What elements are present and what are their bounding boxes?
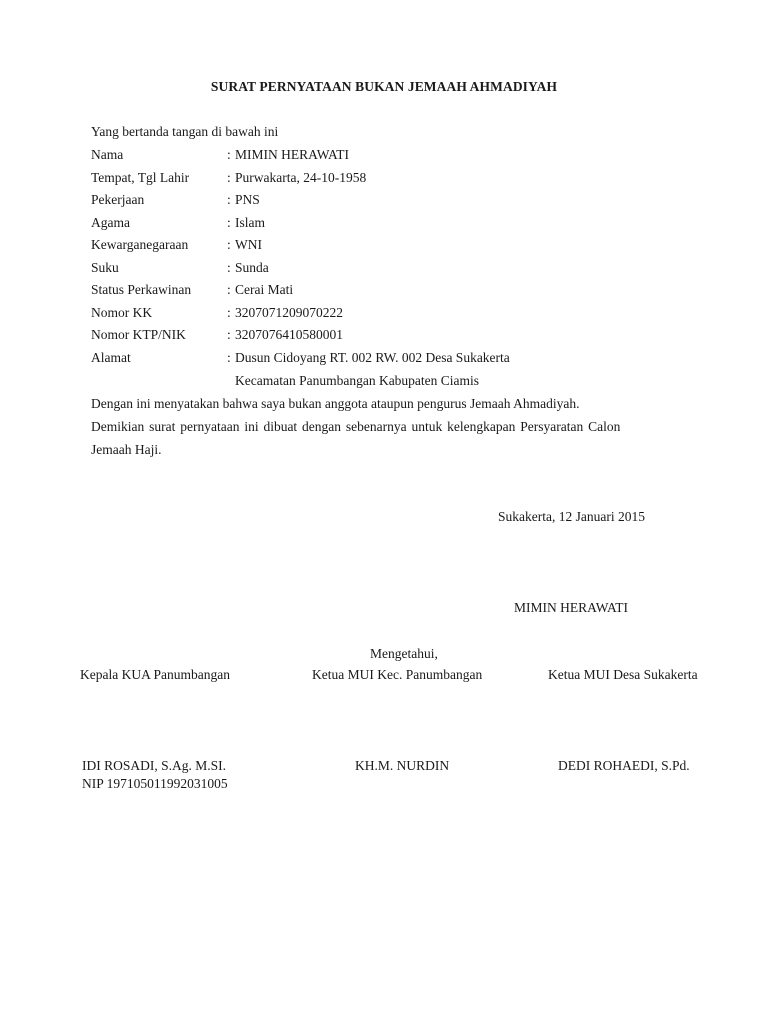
field-colon: :	[227, 170, 231, 186]
field-colon: :	[227, 305, 231, 321]
acknowledged-label: Mengetahui,	[370, 646, 438, 662]
field-colon: :	[227, 215, 231, 231]
field-label-alamat: Alamat	[91, 350, 131, 366]
witness-name-kua: IDI ROSADI, S.Ag. M.SI.	[82, 758, 226, 774]
field-value-kewarganegaraan: WNI	[235, 237, 262, 253]
intro-text: Yang bertanda tangan di bawah ini	[91, 124, 278, 140]
field-value-pekerjaan: PNS	[235, 192, 260, 208]
field-value-nik: 3207076410580001	[235, 327, 343, 343]
field-value-alamat: Dusun Cidoyang RT. 002 RW. 002 Desa Suka…	[235, 350, 510, 366]
field-value-status: Cerai Mati	[235, 282, 293, 298]
statement-text: Dengan ini menyatakan bahwa saya bukan a…	[91, 396, 579, 412]
witness-name-mui-kec: KH.M. NURDIN	[355, 758, 449, 774]
field-colon: :	[227, 260, 231, 276]
field-label-pekerjaan: Pekerjaan	[91, 192, 144, 208]
witness-position-mui-desa: Ketua MUI Desa Sukakerta	[548, 667, 698, 683]
field-colon: :	[227, 350, 231, 366]
field-value-alamat-line2: Kecamatan Panumbangan Kabupaten Ciamis	[235, 373, 479, 389]
field-value-suku: Sunda	[235, 260, 269, 276]
field-colon: :	[227, 237, 231, 253]
closing-text-line2: Jemaah Haji.	[91, 442, 161, 458]
field-label-ttl: Tempat, Tgl Lahir	[91, 170, 189, 186]
field-label-kk: Nomor KK	[91, 305, 152, 321]
field-label-nik: Nomor KTP/NIK	[91, 327, 186, 343]
field-colon: :	[227, 282, 231, 298]
field-colon: :	[227, 147, 231, 163]
witness-id-kua: NIP 197105011992031005	[82, 776, 228, 792]
field-label-kewarganegaraan: Kewarganegaraan	[91, 237, 188, 253]
witness-name-mui-desa: DEDI ROHAEDI, S.Pd.	[558, 758, 690, 774]
witness-position-mui-kec: Ketua MUI Kec. Panumbangan	[312, 667, 482, 683]
field-label-nama: Nama	[91, 147, 123, 163]
field-colon: :	[227, 327, 231, 343]
place-date: Sukakerta, 12 Januari 2015	[498, 509, 645, 525]
witness-position-kua: Kepala KUA Panumbangan	[80, 667, 230, 683]
field-value-nama: MIMIN HERAWATI	[235, 147, 349, 163]
field-value-ttl: Purwakarta, 24-10-1958	[235, 170, 366, 186]
field-label-agama: Agama	[91, 215, 130, 231]
field-label-suku: Suku	[91, 260, 119, 276]
field-value-agama: Islam	[235, 215, 265, 231]
closing-text-line1: Demikian surat pernyataan ini dibuat den…	[91, 419, 620, 435]
field-colon: :	[227, 192, 231, 208]
document-title: SURAT PERNYATAAN BUKAN JEMAAH AHMADIYAH	[0, 79, 768, 95]
field-label-status: Status Perkawinan	[91, 282, 191, 298]
field-value-kk: 3207071209070222	[235, 305, 343, 321]
signer-name: MIMIN HERAWATI	[514, 600, 628, 616]
